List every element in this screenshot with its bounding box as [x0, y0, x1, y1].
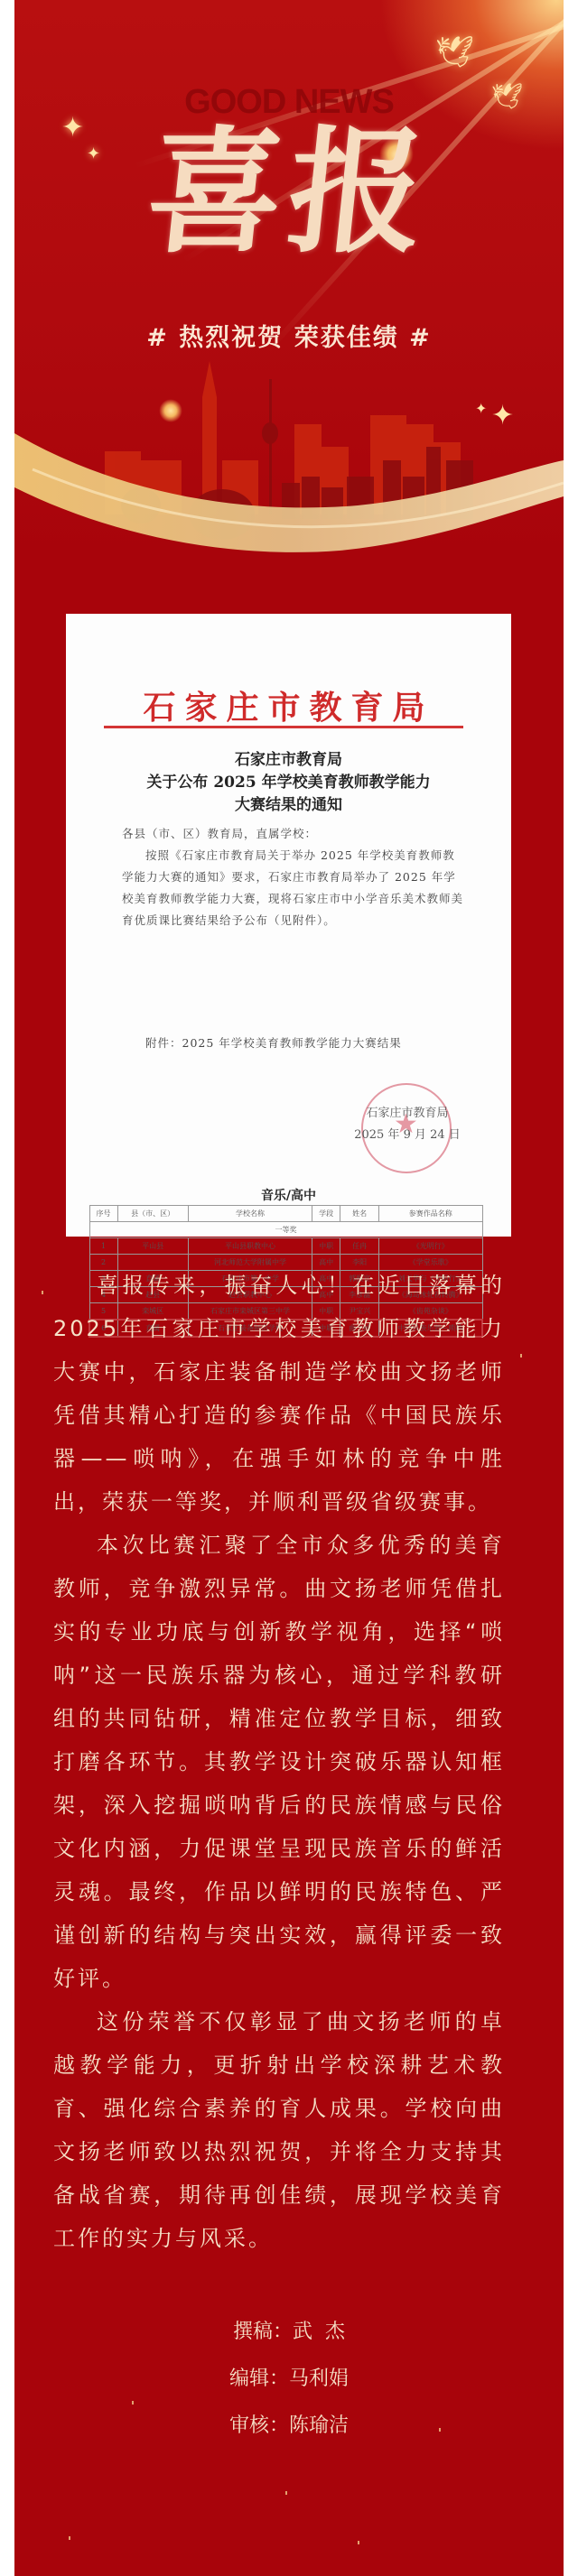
- article-paragraph: 喜报传来，振奋人心！在近日落幕的2025年石家庄市学校美育教师教学能力大赛中，石…: [53, 1264, 505, 1524]
- sparkle-icon: ✦: [475, 400, 487, 417]
- award-group-label: 一等奖: [89, 1222, 482, 1238]
- page-title: 喜报: [14, 107, 564, 278]
- notice-issuer-header: 石家庄市教育局: [66, 682, 511, 728]
- credit-editor: 编辑：马利娟: [14, 2356, 564, 2403]
- table-header-row: 序号 县（市、区） 学校名称 学段 姓名 参赛作品名称: [89, 1206, 482, 1222]
- gold-speck: [439, 2428, 441, 2432]
- gold-speck: [358, 2541, 359, 2544]
- notice-title: 石家庄市教育局 关于公布 2025 年学校美育教师教学能力 大赛结果的通知: [66, 749, 511, 817]
- gold-speck: [132, 2401, 134, 2405]
- column-header: 姓名: [340, 1206, 379, 1222]
- gold-speck: [448, 1895, 450, 1899]
- hero-subtitle: # 热烈祝贺 荣获佳绩 #: [14, 318, 564, 353]
- sparkle-icon: ✦: [491, 400, 514, 431]
- article-body: 喜报传来，振奋人心！在近日落幕的2025年石家庄市学校美育教师教学能力大赛中，石…: [53, 1264, 505, 2260]
- header-divider: [104, 726, 463, 728]
- cell: 平山县: [117, 1238, 188, 1255]
- city-skyline-illustration: ✦ ✦: [14, 361, 564, 569]
- gold-speck: [520, 1354, 522, 1357]
- column-header: 序号: [89, 1206, 117, 1222]
- notice-title-line: 大赛结果的通知: [66, 794, 511, 817]
- notice-title-line: 关于公布 2025 年学校美育教师教学能力: [66, 772, 511, 794]
- notice-attachment: 附件：2025 年学校美育教师教学能力大赛结果: [145, 1034, 402, 1051]
- column-header: 县（市、区）: [117, 1206, 188, 1222]
- gold-speck: [285, 2491, 287, 2495]
- gold-speck: [114, 1715, 116, 1719]
- column-header: 参赛作品名称: [379, 1206, 483, 1222]
- table-row: 1平山县平山县职教中心中职任冉《光明行》: [89, 1238, 482, 1255]
- column-header: 学校名称: [188, 1206, 312, 1222]
- notice-signer: 石家庄市教育局: [353, 1103, 461, 1120]
- gold-speck: [69, 2536, 70, 2540]
- poster-panel: 🕊 🕊 GOOD NEWS ✦ ✦ 喜报 # 热烈祝贺 荣获佳绩 #: [14, 0, 564, 2576]
- table-group-row: 一等奖: [89, 1222, 482, 1238]
- article-paragraph: 本次比赛汇聚了全市众多优秀的美育教师，竞争激烈异常。曲文扬老师凭借扎实的专业功底…: [53, 1524, 505, 2000]
- notice-body: 各县（市、区）教育局，直属学校： 按照《石家庄市教育局关于举办 2025 年学校…: [122, 823, 465, 931]
- article-paragraph: 这份荣誉不仅彰显了曲文扬老师的卓越教学能力，更折射出学校深耕艺术教育、强化综合素…: [53, 2000, 505, 2260]
- credits: 撰稿：武 杰 编辑：马利娟 审核：陈瑜洁: [14, 2309, 564, 2450]
- cell: 任冉: [340, 1238, 379, 1255]
- official-notice-image: 石家庄市教育局 石家庄市教育局 关于公布 2025 年学校美育教师教学能力 大赛…: [66, 614, 511, 1237]
- gold-speck: [42, 1291, 43, 1294]
- results-table-title: 音乐/高中: [66, 1186, 511, 1204]
- column-header: 学段: [312, 1206, 340, 1222]
- credit-writer: 撰稿：武 杰: [14, 2309, 564, 2356]
- notice-salutation: 各县（市、区）教育局，直属学校：: [122, 823, 465, 845]
- cell: 中职: [312, 1238, 340, 1255]
- cell: 《光明行》: [379, 1238, 483, 1255]
- notice-paragraph: 按照《石家庄市教育局关于举办 2025 年学校美育教师教学能力大赛的通知》要求，…: [122, 845, 465, 931]
- notice-title-line: 石家庄市教育局: [66, 749, 511, 772]
- cell: 平山县职教中心: [188, 1238, 312, 1255]
- hero-banner: 🕊 🕊 GOOD NEWS ✦ ✦ 喜报 # 热烈祝贺 荣获佳绩 #: [14, 0, 564, 560]
- credit-reviewer: 审核：陈瑜洁: [14, 2403, 564, 2450]
- cell: 1: [89, 1238, 117, 1255]
- dove-icon: 🕊: [435, 34, 474, 70]
- notice-date: 2025 年 9 月 24 日: [353, 1125, 461, 1142]
